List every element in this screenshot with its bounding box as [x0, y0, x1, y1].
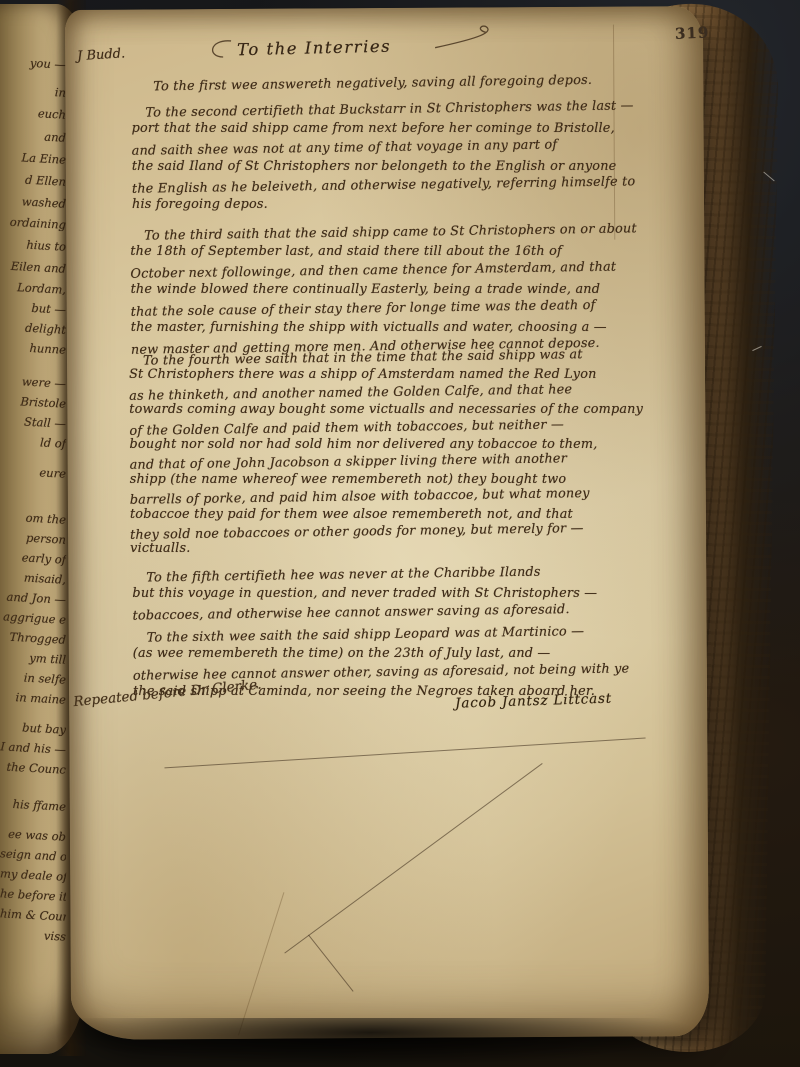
ink-scratch-line — [284, 763, 542, 953]
page-number: 319 — [675, 23, 710, 42]
answer-paragraph-4: To the fourth wee saith that in the time… — [129, 347, 644, 559]
manuscript-photo: you —ineuchandLa Eined Ellenwashedordain… — [0, 0, 800, 1067]
table-shadow — [40, 1018, 700, 1066]
marginal-note: J Budd. — [77, 46, 126, 64]
manuscript-line: his foregoing depos. — [132, 195, 635, 214]
manuscript-line: victualls. — [130, 540, 644, 557]
page-heading: To the Interries — [237, 37, 391, 60]
manuscript-line: To the first wee answereth negatively, s… — [153, 71, 592, 97]
answer-paragraph-5: To the fifth certifieth hee was never at… — [132, 564, 597, 624]
ink-scratch-line — [164, 738, 645, 769]
manuscript-page: 319 To the Interries J Budd. To the firs… — [65, 6, 709, 1040]
answer-paragraph-1: To the first wee answereth negatively, s… — [139, 73, 592, 95]
answer-paragraph-3: To the third saith that the said shipp c… — [130, 221, 637, 357]
ink-scratch-line — [308, 935, 353, 992]
manuscript-line: tobaccoes, and otherwise hee cannot answ… — [132, 600, 597, 626]
answer-paragraph-2: To the second certifieth that Buckstarr … — [131, 98, 635, 215]
page-crease — [238, 892, 284, 1035]
